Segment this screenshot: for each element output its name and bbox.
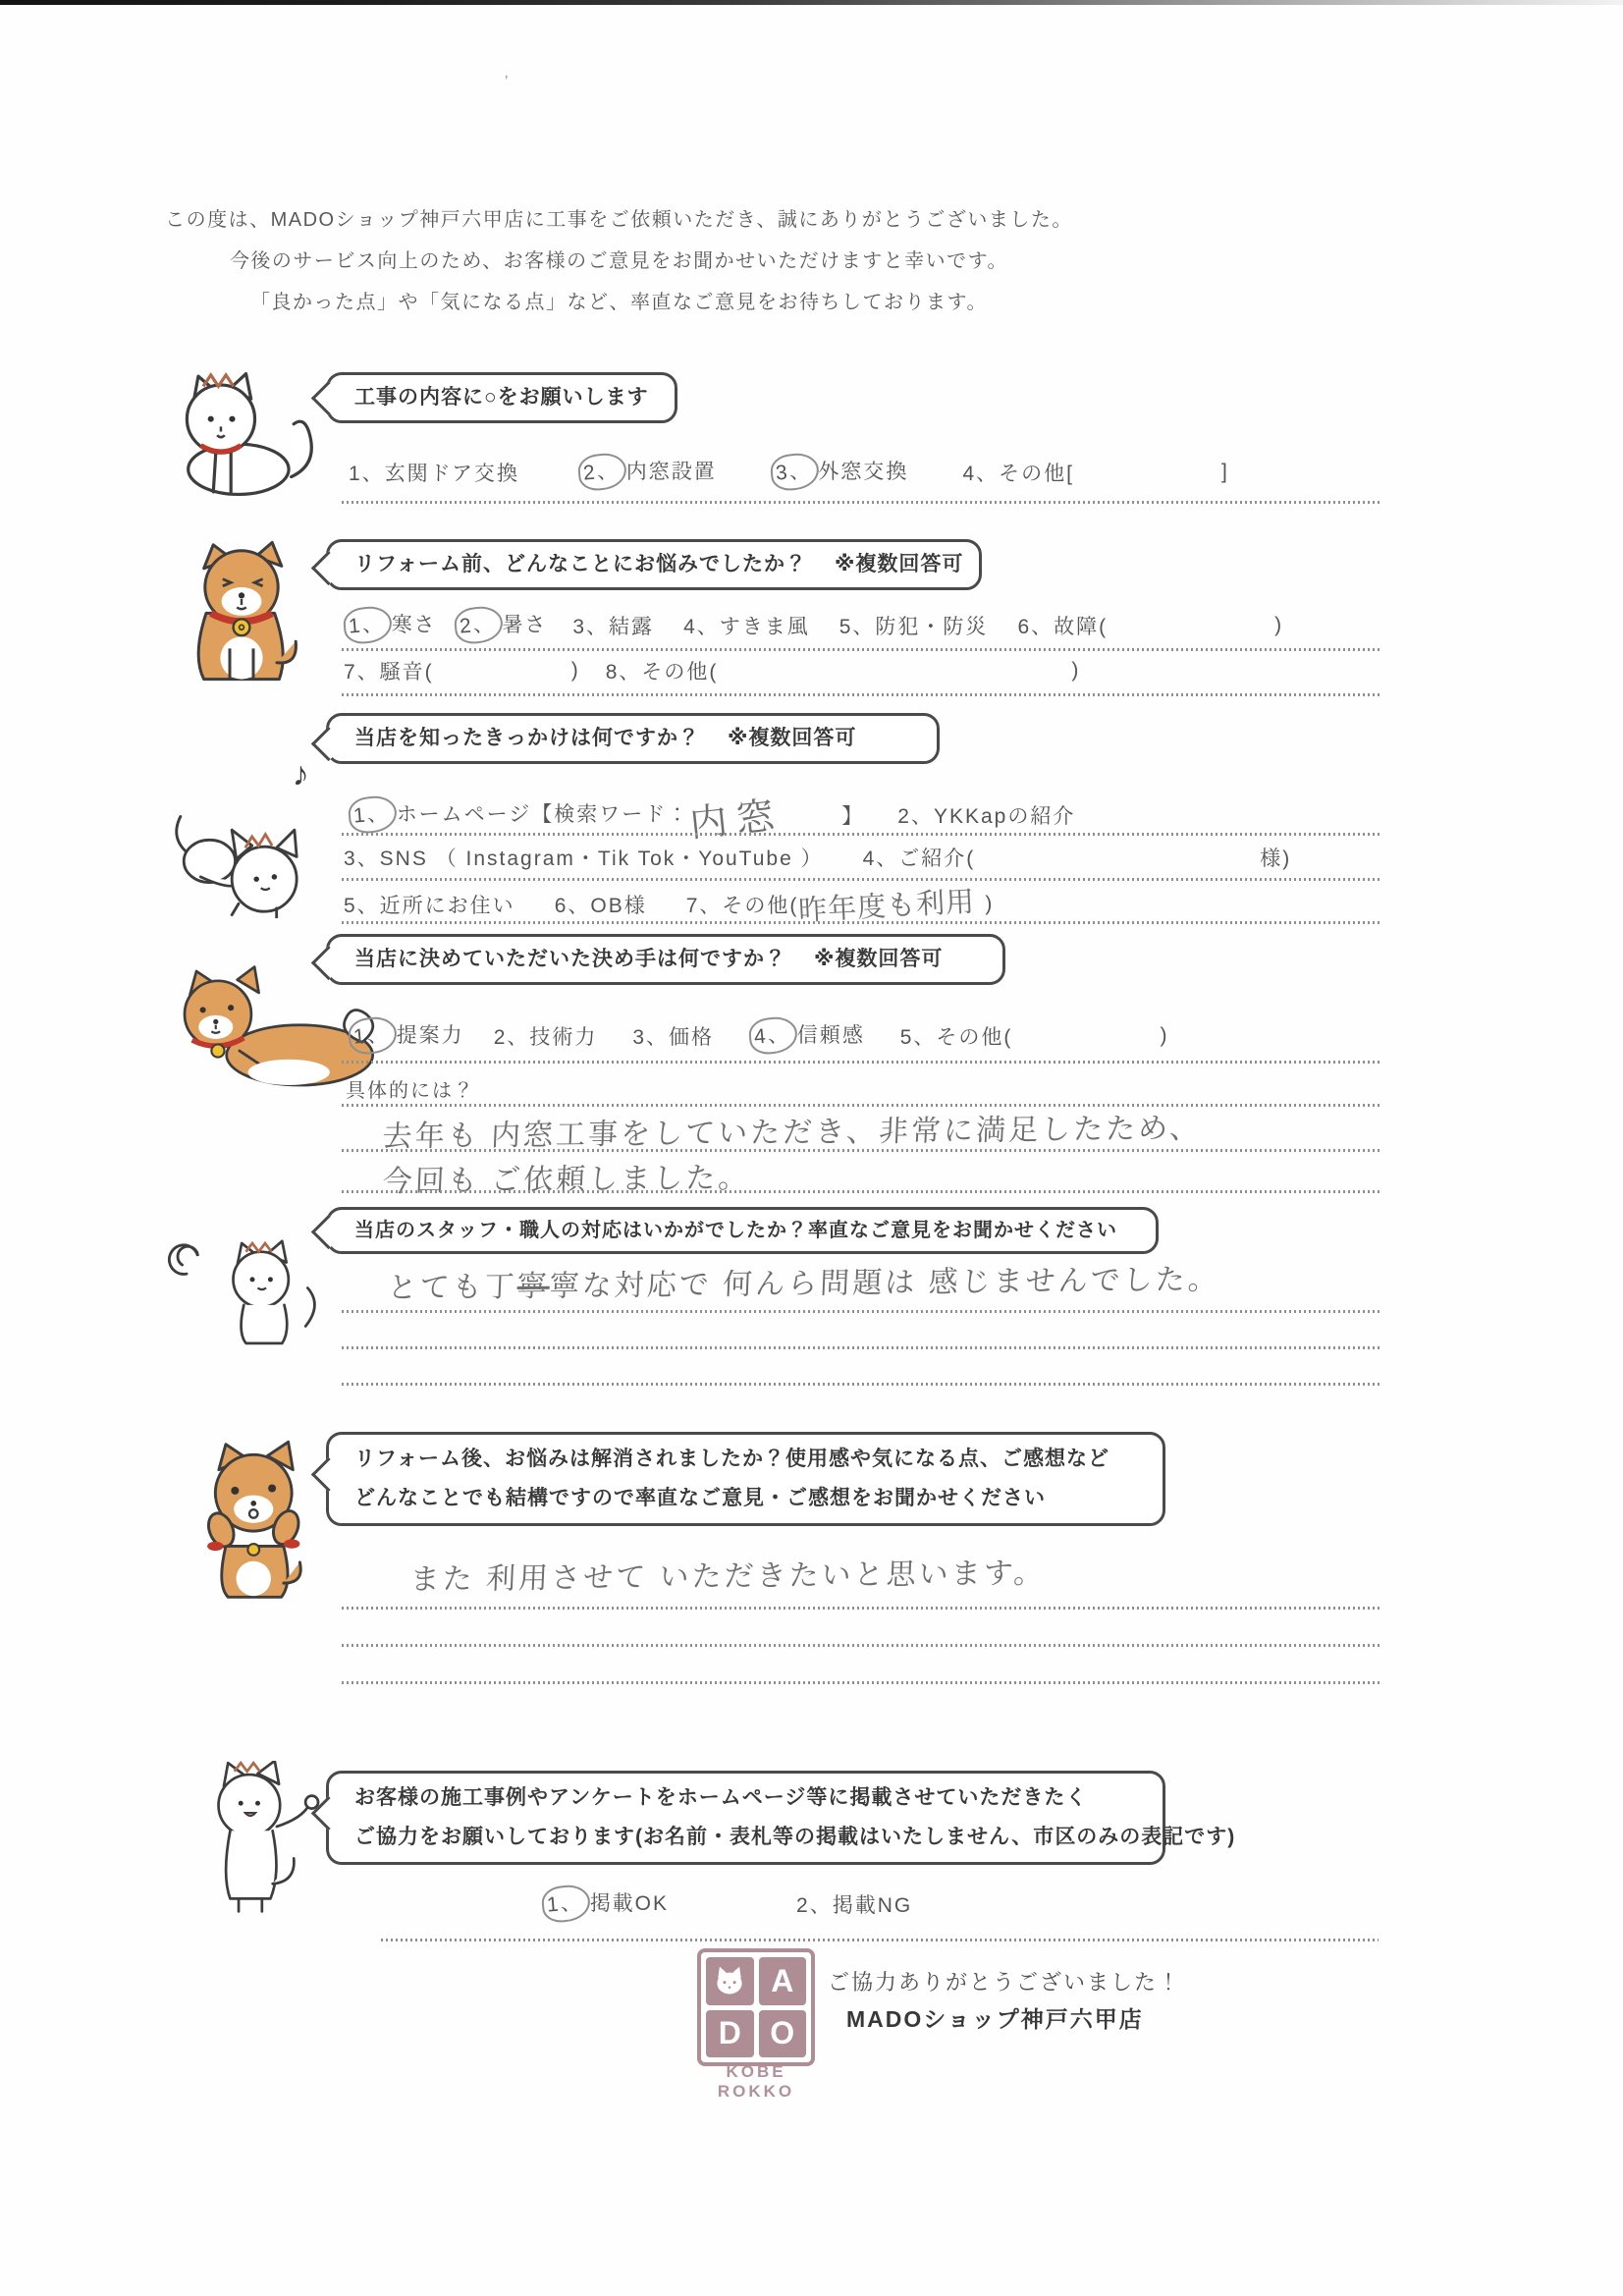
dotted-line: [342, 1681, 1380, 1684]
q4-option-price: 3、価格: [632, 1021, 714, 1051]
q4-option-trust-label: 信頼感: [797, 1024, 865, 1047]
q2-option-noise: 7、騒音(: [344, 656, 434, 685]
q2-option-condensation: 3、結露: [572, 611, 654, 640]
q1-options: 1、玄関ドア交換 2、内窓設置 3、外窓交換 4、その他[ ]: [349, 454, 1229, 490]
q2-option-security: 5、防犯・防災: [839, 611, 989, 640]
q3-option-sns: 3、SNS （ Instagram・Tik Tok・YouTube ）: [344, 843, 824, 872]
white-cat-icon: [155, 371, 332, 497]
q4-option-other: 5、その他(: [900, 1021, 1013, 1051]
q3-option-homepage-close: 】: [841, 800, 864, 830]
intro-line-1: この度は、MADOショップ神戸六甲店に工事をご依頼いただき、誠にありがとうござい…: [126, 199, 1112, 241]
q1-option-outer-window-label: 外窓交換: [818, 461, 908, 483]
handwritten-circle: 2、: [577, 452, 628, 492]
dotted-line: [342, 1607, 1380, 1610]
intro-text: この度は、MADOショップ神戸六甲店に工事をご依頼いただき、誠にありがとうござい…: [126, 199, 1112, 323]
q3-option-homepage-label: ホームページ【検索ワード：: [397, 803, 690, 826]
dotted-line: [342, 1644, 1380, 1647]
scanned-survey-page: ’ この度は、MADOショップ神戸六甲店に工事をご依頼いただき、誠にありがとうご…: [0, 0, 1623, 2296]
q4-option-proposal: 1、提案力: [349, 1017, 464, 1054]
q2-option-other-close: ): [1071, 659, 1080, 683]
q1-option-outer-window: 3、外窓交換: [771, 454, 909, 490]
intro-line-3: 「良かった点」や「気になる点」など、率直なご意見をお待ちしております。: [126, 282, 1112, 323]
q6-title-line1: リフォーム後、お悩みは解消されましたか？使用感や気になる点、ご感想など: [354, 1440, 1109, 1479]
q5-answer-struck-char: 寧: [516, 1271, 550, 1303]
q7-bubble: お客様の施工事例やアンケートをホームページ等に掲載させていただきたく ご協力をお…: [326, 1771, 1165, 1865]
shiba-dog-icon: [169, 540, 326, 687]
q2-option-cold-label: 寒さ: [392, 614, 437, 636]
q3-option-ykkap: 2、YKKapの紹介: [897, 800, 1075, 830]
logo-letter-a: A: [759, 1957, 807, 2005]
q7-title-line2: ご協力をお願いしております(お名前・表札等の掲載はいたしません、市区のみの表記で…: [354, 1818, 1235, 1857]
q2-multi-answer-note: ※複数回答可: [835, 545, 963, 584]
q6-bubble: リフォーム後、お悩みは解消されましたか？使用感や気になる点、ご感想など どんなこ…: [326, 1432, 1165, 1526]
scanner-edge-artifact: [0, 0, 1623, 5]
dotted-line: [342, 1061, 1380, 1064]
playful-cat-icon: ♪: [165, 756, 337, 918]
q2-options-row2: 7、騒音( ) 8、その他( ): [344, 656, 1080, 685]
q2-bubble: リフォーム前、どんなことにお悩みでしたか？ ※複数回答可: [326, 539, 982, 590]
q3-option-other: 7、その他(: [686, 890, 799, 919]
scan-speck: ’: [505, 73, 508, 89]
q3-option-other-close: ): [985, 893, 994, 916]
handwritten-circle: 1、: [347, 1015, 398, 1056]
q3-multi-answer-note: ※複数回答可: [728, 719, 856, 758]
q2-option-cold: 1、寒さ: [344, 607, 437, 643]
dotted-line: [342, 1310, 1380, 1313]
q3-options-row2: 3、SNS （ Instagram・Tik Tok・YouTube ） 4、ご紹…: [344, 843, 1291, 872]
q1-option-inner-window-label: 内窓設置: [626, 461, 717, 483]
q3-bubble: 当店を知ったきっかけは何ですか？ ※複数回答可: [326, 713, 940, 764]
q3-option-ob: 6、OB様: [555, 890, 647, 919]
dotted-line: [342, 921, 1380, 924]
q6-handwritten-answer: また 利用させて いただきたいと思います。: [409, 1549, 1047, 1599]
q2-option-breakdown: 6、故障(: [1017, 611, 1108, 640]
q2-title: リフォーム前、どんなことにお悩みでしたか？: [354, 545, 807, 584]
q7-option-publish-ok: 1、掲載OK: [542, 1886, 669, 1922]
q5-handwritten-answer: とても丁寧寧な対応で 何んら問題は 感じませんでした。: [387, 1255, 1221, 1307]
q1-option-inner-window: 2、内窓設置: [578, 454, 717, 490]
q3-option-referral: 4、ご紹介(: [863, 843, 976, 872]
q5-answer-part: とても丁: [387, 1271, 517, 1304]
handwritten-circle: 1、: [540, 1884, 591, 1924]
dotted-line: [342, 501, 1380, 504]
waving-cat-icon: [182, 1761, 334, 1920]
q5-answer-part: 寧な対応で 何んら問題は 感じませんでした。: [549, 1264, 1220, 1303]
q2-option-noise-close: ): [571, 659, 580, 683]
dotted-line: [342, 833, 1380, 836]
q1-option-other-bracket: ]: [1221, 461, 1229, 484]
surprised-shiba-icon: [177, 1440, 334, 1602]
q2-option-heat: 2、暑さ: [455, 607, 548, 643]
q4-bubble: 当店に決めていただいた決め手は何ですか？ ※複数回答可: [326, 934, 1005, 985]
intro-line-2: 今後のサービス向上のため、お客様のご意見をお聞かせいただけますと幸いです。: [126, 241, 1112, 282]
q3-option-referral-close: 様): [1260, 843, 1291, 872]
q3-options-row3: 5、近所にお住い 6、OB様 7、その他( 昨年度も利用 ): [344, 884, 994, 924]
q4-title: 当店に決めていただいた決め手は何ですか？: [354, 940, 786, 979]
music-note-icon: ♪: [293, 756, 309, 793]
q4-option-other-close: ): [1160, 1024, 1168, 1048]
q4-options: 1、提案力 2、技術力 3、価格 4、信頼感 5、その他( ): [349, 1017, 1168, 1054]
dotted-line: [342, 1149, 1380, 1152]
q4-option-skill: 2、技術力: [494, 1021, 598, 1051]
q3-option-homepage: 1、ホームページ【検索ワード：: [349, 796, 689, 833]
dotted-line: [342, 648, 1380, 651]
q7-title-line1: お客様の施工事例やアンケートをホームページ等に掲載させていただきたく: [354, 1778, 1087, 1818]
curious-cat-icon: [201, 1239, 329, 1349]
dotted-line: [342, 878, 1380, 881]
handwritten-circle: 4、: [748, 1015, 799, 1056]
q1-bubble: 工事の内容に○をお願いします: [326, 372, 677, 423]
dotted-line: [342, 1383, 1380, 1386]
dotted-line: [342, 1190, 1380, 1193]
logo-caption: KOBE ROKKO: [687, 2062, 825, 2102]
dotted-line: [381, 1939, 1379, 1941]
q5-title: 当店のスタッフ・職人の対応はいかがでしたか？率直なご意見をお聞かせください: [354, 1211, 1117, 1250]
q1-option-other: 4、その他[: [962, 458, 1074, 487]
logo-letter-o: O: [759, 2010, 807, 2058]
q7-options: 1、掲載OK 2、掲載NG: [542, 1886, 912, 1922]
q4-option-trust: 4、信頼感: [749, 1017, 865, 1054]
handwritten-circle: 3、: [769, 452, 820, 492]
dotted-line: [342, 1346, 1380, 1349]
handwritten-circle: 1、: [342, 605, 393, 645]
logo-cat-tile: [706, 1957, 754, 2005]
q4-option-proposal-label: 提案力: [397, 1024, 464, 1047]
spiral-doodle-icon: [153, 1233, 202, 1287]
q7-option-publish-ok-label: 掲載OK: [590, 1892, 669, 1915]
q2-options-row1: 1、寒さ 2、暑さ 3、結露 4、すきま風 5、防犯・防災 6、故障( ): [344, 607, 1283, 643]
q2-option-draft: 4、すきま風: [683, 611, 810, 640]
handwritten-circle: 2、: [453, 605, 504, 645]
q3-title: 当店を知ったきっかけは何ですか？: [354, 719, 700, 758]
q1-title: 工事の内容に○をお願いします: [354, 378, 649, 417]
q4-handwritten-answer-line1: 去年も 内窓工事をしていただき、非常に満足したため、: [382, 1104, 1203, 1156]
q4-detail-prompt: 具体的には？: [346, 1074, 475, 1103]
logo-letter-d: D: [706, 2010, 754, 2058]
logo-cat-face-icon: [713, 1965, 746, 1996]
q7-option-publish-ng: 2、掲載NG: [796, 1889, 912, 1919]
shop-name: MADOショップ神戸六甲店: [846, 2001, 1144, 2034]
q2-option-heat-label: 暑さ: [502, 614, 547, 636]
q2-option-breakdown-close: ): [1274, 614, 1283, 637]
thanks-text: ご協力ありがとうございました！: [828, 1966, 1181, 1996]
handwritten-search-word: 内窓: [687, 778, 844, 847]
mado-shop-logo: A D O: [697, 1948, 815, 2066]
q1-option-entrance-door: 1、玄関ドア交換: [349, 458, 519, 487]
q4-multi-answer-note: ※複数回答可: [814, 940, 943, 979]
q6-title-line2: どんなことでも結構ですので率直なご意見・ご感想をお聞かせください: [354, 1479, 1046, 1518]
q2-option-other: 8、その他(: [606, 656, 719, 685]
q5-bubble: 当店のスタッフ・職人の対応はいかがでしたか？率直なご意見をお聞かせください: [326, 1207, 1159, 1254]
q3-option-neighborhood: 5、近所にお住い: [344, 890, 515, 919]
handwritten-circle: 1、: [347, 794, 398, 835]
dotted-line: [342, 693, 1380, 696]
